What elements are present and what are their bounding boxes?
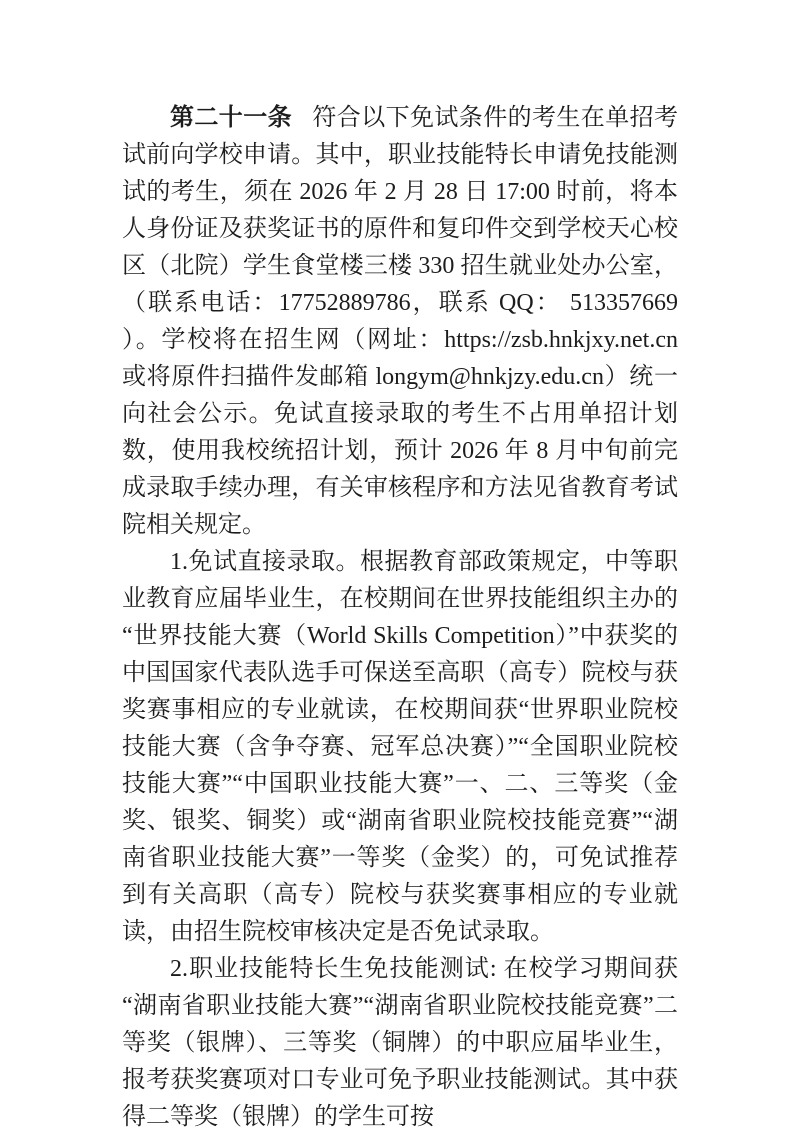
article-21-body-text: 符合以下免试条件的考生在单招考试前向学校申请。其中，职业技能特长申请免技能测试的… — [122, 105, 678, 538]
article-21-paragraph: 第二十一条符合以下免试条件的考生在单招考试前向学校申请。其中，职业技能特长申请免… — [122, 100, 678, 544]
article-number-label: 第二十一条 — [170, 105, 292, 131]
exemption-item-1-paragraph: 1.免试直接录取。根据教育部政策规定，中等职业教育应届毕业生，在校期间在世界技能… — [122, 544, 678, 951]
document-page: 第二十一条符合以下免试条件的考生在单招考试前向学校申请。其中，职业技能特长申请免… — [0, 0, 800, 1132]
exemption-item-1-text: 1.免试直接录取。根据教育部政策规定，中等职业教育应届毕业生，在校期间在世界技能… — [122, 549, 678, 945]
document-text-block: 第二十一条符合以下免试条件的考生在单招考试前向学校申请。其中，职业技能特长申请免… — [122, 100, 678, 1132]
exemption-item-2-paragraph: 2.职业技能特长生免技能测试: 在校学习期间获“湖南省职业技能大赛”“湖南省职业… — [122, 951, 678, 1132]
exemption-item-2-text: 2.职业技能特长生免技能测试: 在校学习期间获“湖南省职业技能大赛”“湖南省职业… — [122, 956, 678, 1130]
